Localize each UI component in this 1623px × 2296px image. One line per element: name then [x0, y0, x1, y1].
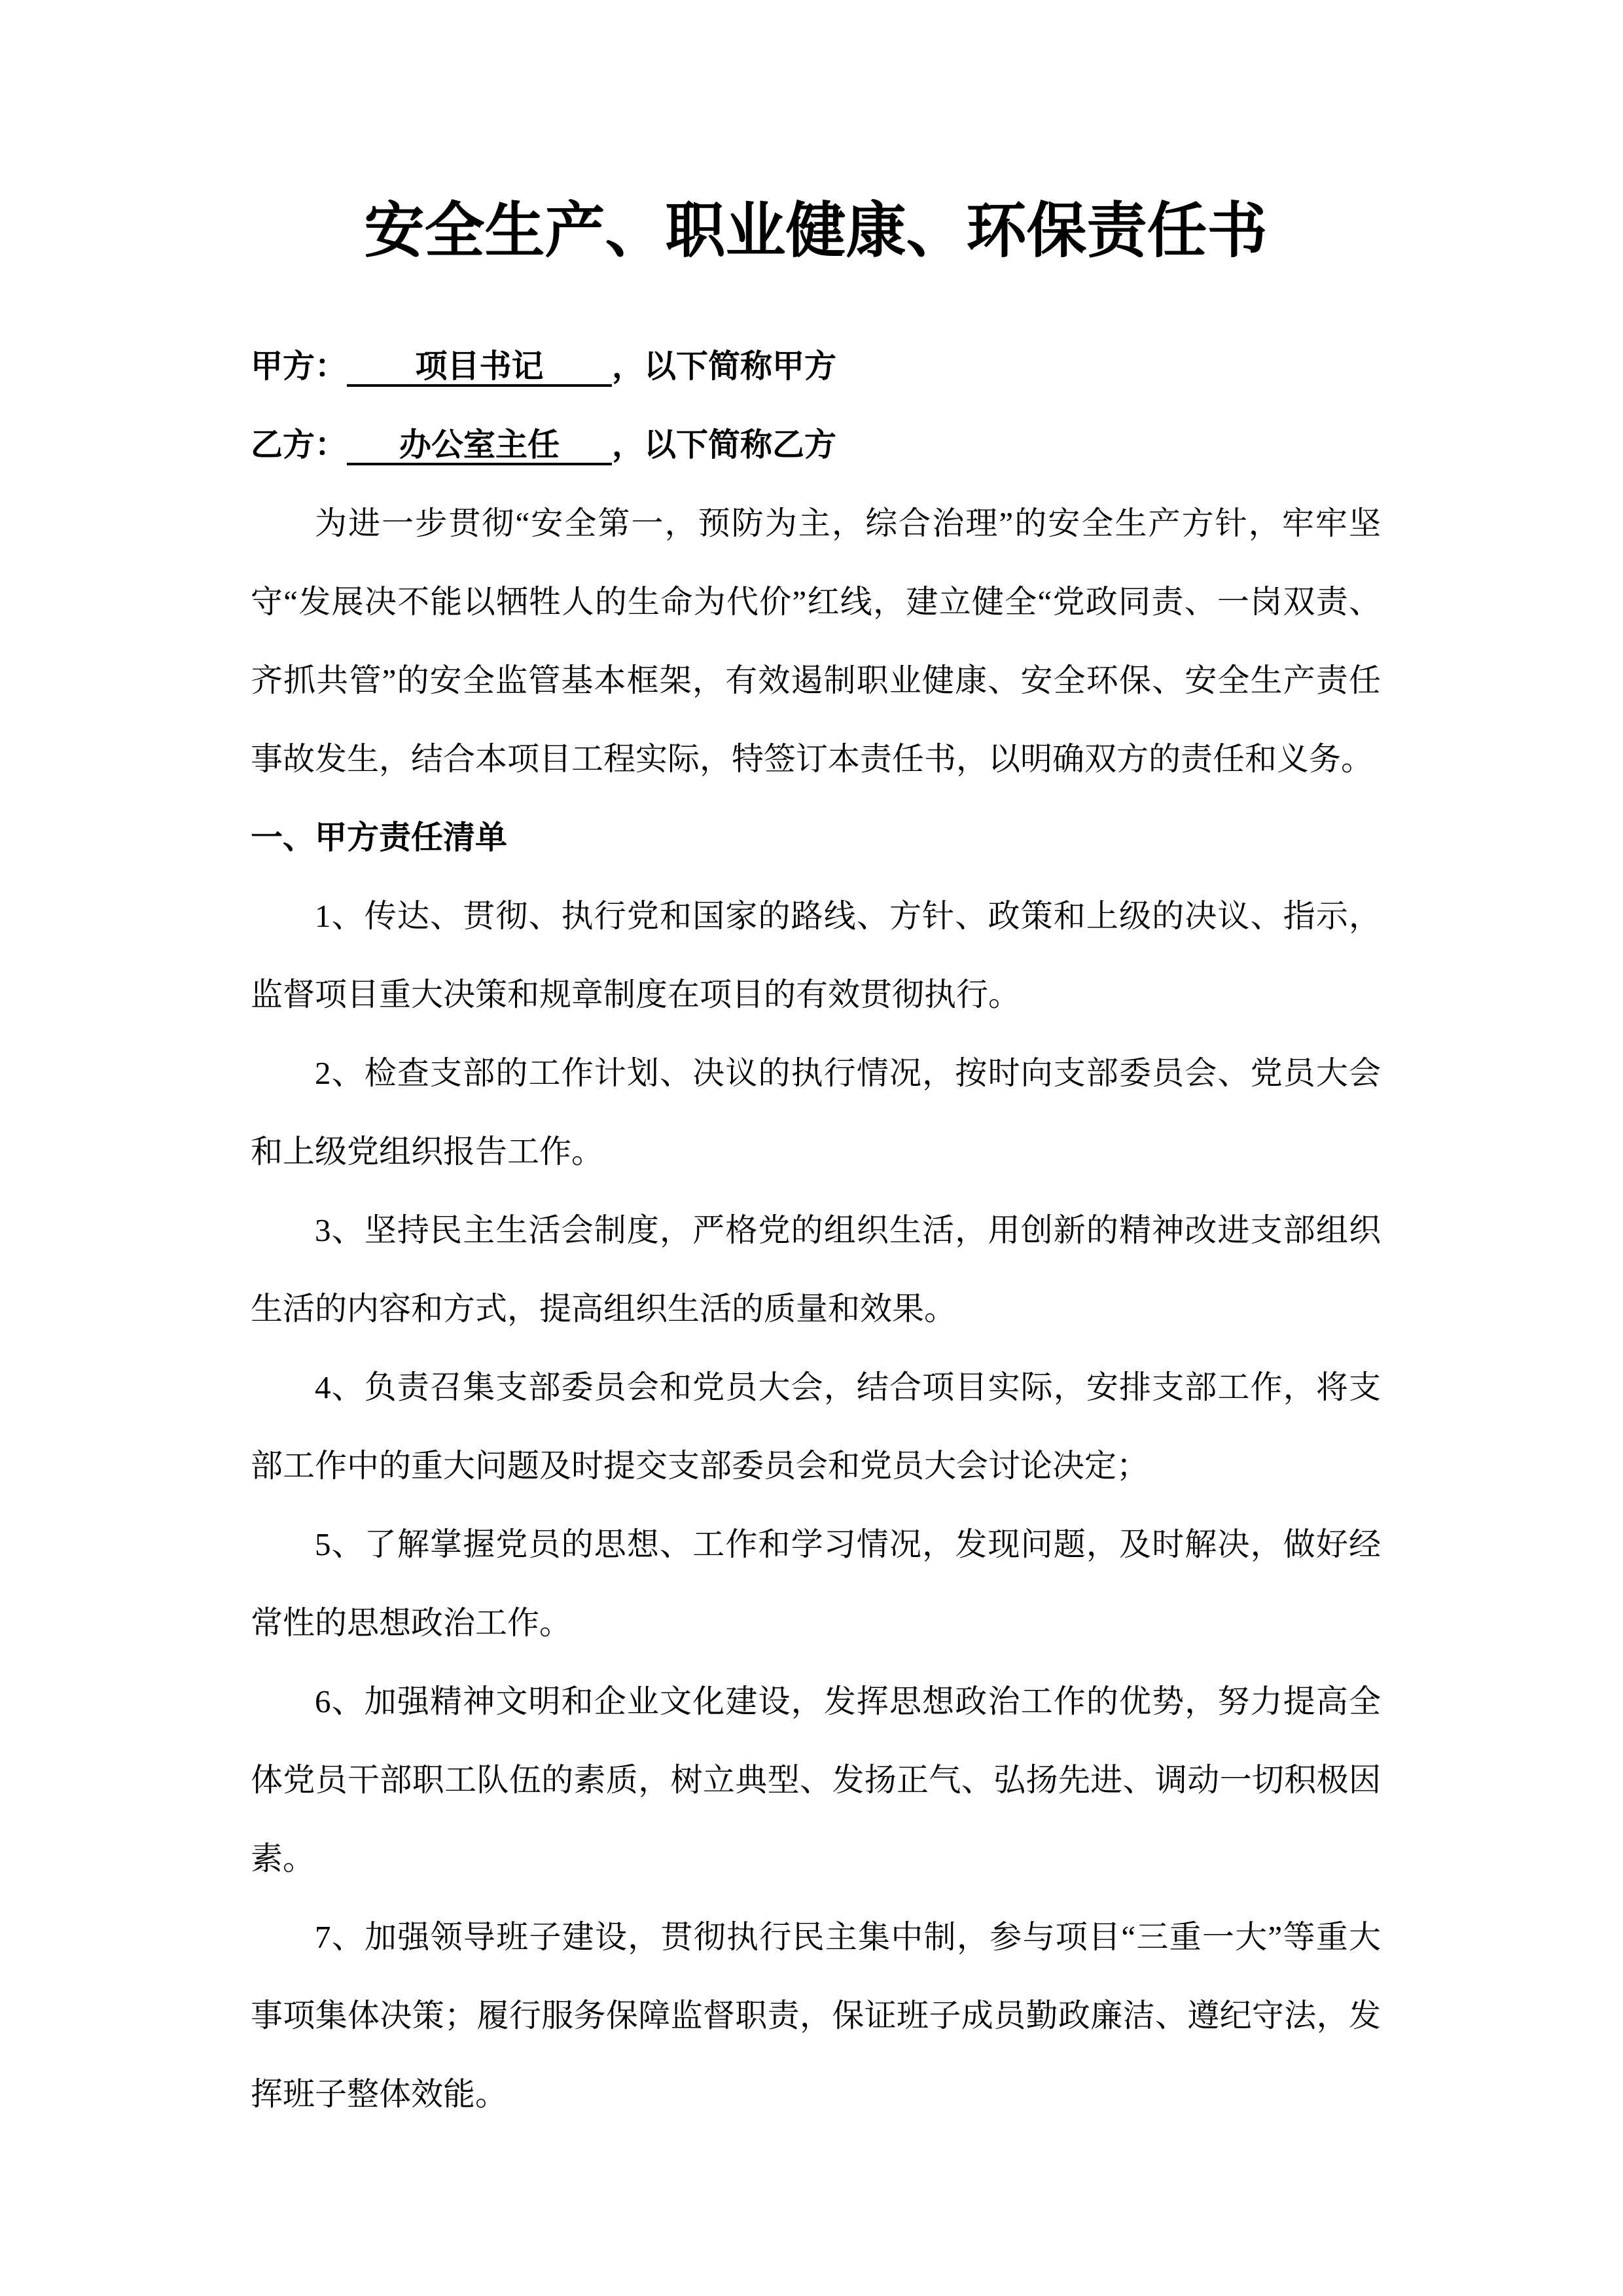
responsibility-item: 7、加强领导班子建设，贯彻执行民主集中制，参与项目“三重一大”等重大事项集体决策… — [251, 1898, 1381, 2134]
party-b-line: 乙方：办公室主任，以下简称乙方 — [251, 406, 1381, 484]
party-b-label: 乙方： — [251, 427, 347, 463]
intro-paragraph: 为进一步贯彻“安全第一，预防为主，综合治理”的安全生产方针，牢牢坚守“发展决不能… — [251, 484, 1381, 798]
party-b-blank-value: 办公室主任 — [347, 427, 612, 465]
document-title: 安全生产、职业健康、环保责任书 — [251, 188, 1381, 274]
responsibility-item: 1、传达、贯彻、执行党和国家的路线、方针、政策和上级的决议、指示，监督项目重大决… — [251, 877, 1381, 1034]
section-heading: 一、甲方责任清单 — [251, 798, 1381, 877]
responsibility-item: 6、加强精神文明和企业文化建设，发挥思想政治工作的优势，努力提高全体党员干部职工… — [251, 1662, 1381, 1898]
party-a-line: 甲方：项目书记，以下简称甲方 — [251, 327, 1381, 406]
party-a-label: 甲方： — [251, 348, 347, 384]
document-page: 安全生产、职业健康、环保责任书 甲方：项目书记，以下简称甲方 乙方：办公室主任，… — [0, 0, 1623, 2296]
party-b-suffix: ，以下简称乙方 — [612, 427, 836, 463]
party-a-blank-value: 项目书记 — [347, 349, 612, 387]
responsibility-item: 4、负责召集支部委员会和党员大会，结合项目实际，安排支部工作，将支部工作中的重大… — [251, 1348, 1381, 1505]
responsibility-item: 5、了解掌握党员的思想、工作和学习情况，发现问题，及时解决，做好经常性的思想政治… — [251, 1505, 1381, 1662]
party-a-suffix: ，以下简称甲方 — [612, 348, 836, 384]
responsibility-list: 1、传达、贯彻、执行党和国家的路线、方针、政策和上级的决议、指示，监督项目重大决… — [251, 877, 1381, 2134]
responsibility-item: 3、坚持民主生活会制度，严格党的组织生活，用创新的精神改进支部组织生活的内容和方… — [251, 1191, 1381, 1348]
responsibility-item: 2、检查支部的工作计划、决议的执行情况，按时向支部委员会、党员大会和上级党组织报… — [251, 1034, 1381, 1191]
